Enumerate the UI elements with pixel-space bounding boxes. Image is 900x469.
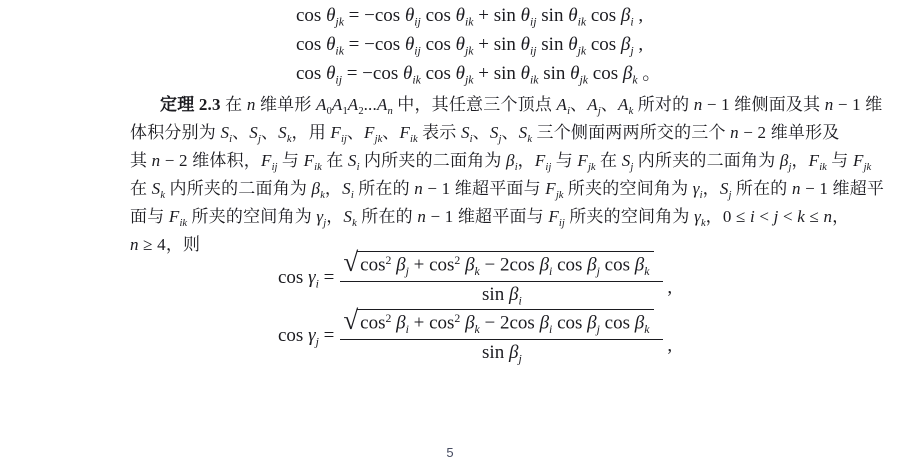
formula-cos-gamma-i: cos γi = √ cos2 βj + cos2 βk − 2cos βi c… bbox=[278, 250, 672, 308]
fraction-numerator: √ cos2 βj + cos2 βk − 2cos βi cos βj cos… bbox=[340, 249, 663, 282]
formula-comma: , bbox=[667, 335, 672, 357]
theorem-line-5: 面与 Fik 所夹的空间角为 γj，Sk 所在的 n − 1 维超平面与 Fij… bbox=[130, 203, 884, 231]
equation-cos-theta-ik: cos θik = −cos θij cos θjk + sin θij sin… bbox=[296, 30, 661, 59]
document-page: cos θjk = −cos θij cos θik + sin θij sin… bbox=[0, 0, 900, 469]
theorem-line-3: 其 n − 2 维体积，Fij 与 Fik 在 Si 内所夹的二面角为 βi，F… bbox=[130, 147, 884, 175]
equation-cos-theta-jk: cos θjk = −cos θij cos θik + sin θij sin… bbox=[296, 1, 661, 30]
fraction: √ cos2 βj + cos2 βk − 2cos βi cos βj cos… bbox=[340, 249, 663, 309]
page-number: 5 bbox=[0, 445, 900, 460]
fraction: √ cos2 βi + cos2 βk − 2cos βi cos βj cos… bbox=[340, 307, 663, 367]
theorem-line-2: 体积分别为 Si、Sj、Sk，用 Fij、Fjk、Fik 表示 Si、Sj、Sk… bbox=[130, 119, 884, 147]
theorem-line-1: 定理 2.3 在 n 维单形 A0A1A2...An 中，其任意三个顶点 Ai、… bbox=[130, 91, 884, 119]
theorem-line-4: 在 Sk 内所夹的二面角为 βk，Si 所在的 n − 1 维超平面与 Fjk … bbox=[130, 175, 884, 203]
formula-cos-gamma-j: cos γj = √ cos2 βi + cos2 βk − 2cos βi c… bbox=[278, 308, 672, 366]
sqrt-radicand: cos2 βi + cos2 βk − 2cos βi cos βj cos β… bbox=[357, 309, 654, 337]
fraction-numerator: √ cos2 βi + cos2 βk − 2cos βi cos βj cos… bbox=[340, 307, 663, 340]
equation-cos-theta-ij: cos θij = −cos θik cos θjk + sin θik sin… bbox=[296, 59, 661, 88]
sqrt-radicand: cos2 βj + cos2 βk − 2cos βi cos βj cos β… bbox=[357, 251, 654, 279]
formula-lhs: cos γi = bbox=[278, 267, 334, 292]
sqrt-radical-sign: √ bbox=[343, 307, 358, 334]
theta-equations-block: cos θjk = −cos θij cos θik + sin θij sin… bbox=[296, 1, 661, 88]
gamma-formulas-block: cos γi = √ cos2 βj + cos2 βk − 2cos βi c… bbox=[278, 250, 672, 366]
theorem-paragraph: 定理 2.3 在 n 维单形 A0A1A2...An 中，其任意三个顶点 Ai、… bbox=[130, 91, 884, 259]
fraction-denominator: sin βj bbox=[482, 340, 522, 367]
formula-comma: , bbox=[667, 277, 672, 299]
sqrt-radical-sign: √ bbox=[343, 249, 358, 276]
formula-lhs: cos γj = bbox=[278, 325, 334, 350]
fraction-denominator: sin βi bbox=[482, 282, 522, 309]
